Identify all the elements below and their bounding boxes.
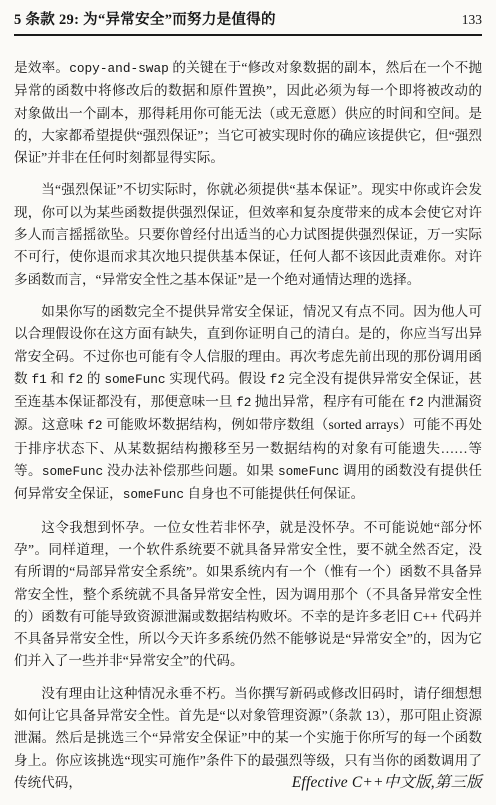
- book-page: 5 条款 29: 为“异常安全”而努力是值得的 133 是效率。copy-and…: [0, 0, 496, 805]
- text-run: 的: [83, 371, 104, 386]
- book-title: Effective C++中文版,第三版: [292, 774, 482, 791]
- text-run: 这令我想到怀孕。一位女性若非怀孕，就是没怀孕。不可能说她“部分怀孕”。同样道理，…: [14, 520, 482, 669]
- page-header: 5 条款 29: 为“异常安全”而努力是值得的 133: [14, 8, 482, 29]
- code-term: f2: [270, 372, 285, 387]
- text-run: 实现代码。假设: [166, 371, 270, 386]
- code-term: f2: [87, 418, 102, 433]
- code-term: copy-and-swap: [69, 61, 169, 76]
- text-run: 自身也不可能提供任何保证。: [184, 486, 364, 501]
- code-term: f1: [31, 372, 46, 387]
- text-run: 是效率。: [14, 60, 69, 75]
- text-run: 当“强烈保证”不切实际时，你就必须提供“基本保证”。现实中你或许会发现，你可以为…: [14, 182, 482, 286]
- page-footer: Effective C++中文版,第三版: [292, 770, 482, 792]
- code-term: f2: [236, 395, 251, 410]
- page-number: 133: [462, 12, 482, 28]
- paragraph: 是效率。copy-and-swap 的关键在于“修改对象数据的副本，然后在一个不…: [14, 57, 482, 169]
- paragraph: 这令我想到怀孕。一位女性若非怀孕，就是没怀孕。不可能说她“部分怀孕”。同样道理，…: [14, 517, 482, 673]
- text-run: 没办法补偿那些问题。如果: [103, 463, 278, 478]
- paragraph: 当“强烈保证”不切实际时，你就必须提供“基本保证”。现实中你或许会发现，你可以为…: [14, 179, 482, 290]
- code-term: f2: [409, 395, 424, 410]
- code-term: someFunc: [123, 487, 184, 502]
- code-term: someFunc: [104, 372, 165, 387]
- text-run: 和: [47, 371, 68, 386]
- text-run: 抛出异常，程序有可能在: [251, 394, 408, 409]
- paragraph: 如果你写的函数完全不提供异常安全保证，情况又有点不同。因为他人可以合理假设你在这…: [14, 301, 482, 507]
- code-term: someFunc: [278, 464, 339, 479]
- page-body: 是效率。copy-and-swap 的关键在于“修改对象数据的副本，然后在一个不…: [14, 57, 482, 794]
- code-term: f2: [68, 372, 83, 387]
- code-term: someFunc: [42, 464, 103, 479]
- header-rule: [14, 34, 482, 36]
- chapter-title: 5 条款 29: 为“异常安全”而努力是值得的: [14, 8, 276, 29]
